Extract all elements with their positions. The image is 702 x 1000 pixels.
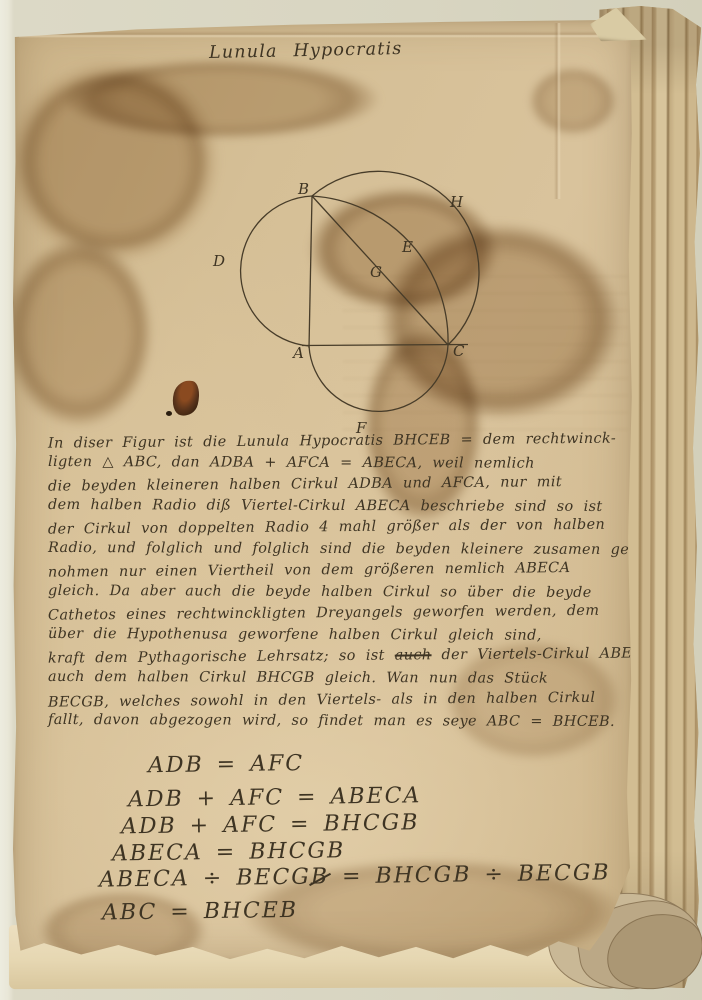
equation: ABC = BHCEB [102, 893, 611, 926]
manuscript-line: die beyden kleineren halben Cirkul ADBA … [48, 471, 648, 498]
scanner-background-strip [0, 988, 702, 1000]
water-stain [0, 230, 159, 435]
semicircle-on-AB [241, 196, 312, 346]
label-E: E [401, 238, 413, 256]
page-title: Lunula Hypocratis [209, 39, 403, 63]
label-H: H [449, 193, 464, 211]
equation-text: ABC = BHCEB [102, 898, 298, 926]
water-stain [51, 56, 391, 142]
line-text: nohmen nur einen Viertheil von dem größe… [48, 560, 570, 581]
line-text: die beyden kleineren halben Cirkul ADBA … [48, 474, 562, 494]
line-text: auch dem halben Cirkul BHCGB gleich. Wan… [48, 669, 548, 687]
manuscript-page: Lunula Hypocratis B H D E G A C F In dis… [13, 20, 633, 962]
manuscript-body-text: In diser Figur ist die Lunula Hypocratis… [48, 431, 648, 733]
line-text: In diser Figur ist die Lunula Hypocratis… [48, 431, 616, 452]
line-text: fallt, davon abgezogen wird, so findet m… [48, 712, 615, 730]
equation-text: ADB + AFC = ABECA [128, 783, 422, 812]
line-text: Cathetos eines rechtwinckligten Dreyange… [48, 603, 599, 624]
line-text: BECGB, welches sowohl in den Viertels- a… [48, 689, 595, 710]
struck-word: auch [395, 648, 432, 664]
water-stain [525, 64, 621, 138]
line-text: gleich. Da aber auch die beyde halben Ci… [48, 583, 592, 601]
line-text: Radio, und folglich und folglich sind di… [48, 540, 634, 558]
equation-block: ADB = AFC ADB + AFC = ABECA ADB + AFC = … [13, 748, 611, 923]
line-text: der Cirkul von doppelten Radio 4 mahl gr… [48, 517, 605, 538]
line-text: kraft dem Pythagorische Lehrsatz; so ist [48, 648, 395, 667]
struck-letter: B [311, 864, 330, 890]
equation-text: ABECA = BHCGB [112, 838, 346, 866]
ink-dot [166, 411, 172, 416]
label-C: C [453, 342, 465, 360]
label-G: G [370, 263, 382, 281]
manuscript-line: fallt, davon abgezogen wird, so findet m… [48, 710, 648, 734]
equation: ADB = AFC [148, 747, 611, 779]
line-text: ligten △ ABC, dan ADBA + AFCA = ABECA, w… [48, 453, 535, 471]
scanned-manuscript: Lunula Hypocratis B H D E G A C F In dis… [0, 0, 702, 1000]
equation-text: ADB = AFC [148, 751, 304, 778]
label-D: D [212, 252, 225, 270]
geometry-diagram: B H D E G A C F [193, 153, 497, 445]
equation-text: ABECA ÷ BECG [99, 865, 311, 893]
line-AC [302, 345, 468, 346]
manuscript-line: In diser Figur ist die Lunula Hypocratis… [48, 428, 648, 455]
equation-text: = BHCGB ÷ BECGB [329, 860, 611, 889]
line-text: dem halben Radio diß Viertel-Cirkul ABEC… [48, 497, 603, 515]
horizontal-crease [19, 31, 620, 38]
manuscript-line: auch dem halben Cirkul BHCGB gleich. Wan… [48, 667, 648, 691]
line-BA [309, 196, 312, 348]
label-B: B [297, 180, 309, 198]
semicircle-on-AC [309, 345, 448, 411]
line-text: der Viertels-Cirkul ABECA [431, 646, 654, 664]
equation-text: ADB + AFC = BHCGB [121, 810, 420, 839]
vertical-crease [554, 23, 561, 199]
line-text: über die Hypothenusa geworfene halben Ci… [48, 626, 542, 644]
label-A: A [291, 344, 304, 362]
